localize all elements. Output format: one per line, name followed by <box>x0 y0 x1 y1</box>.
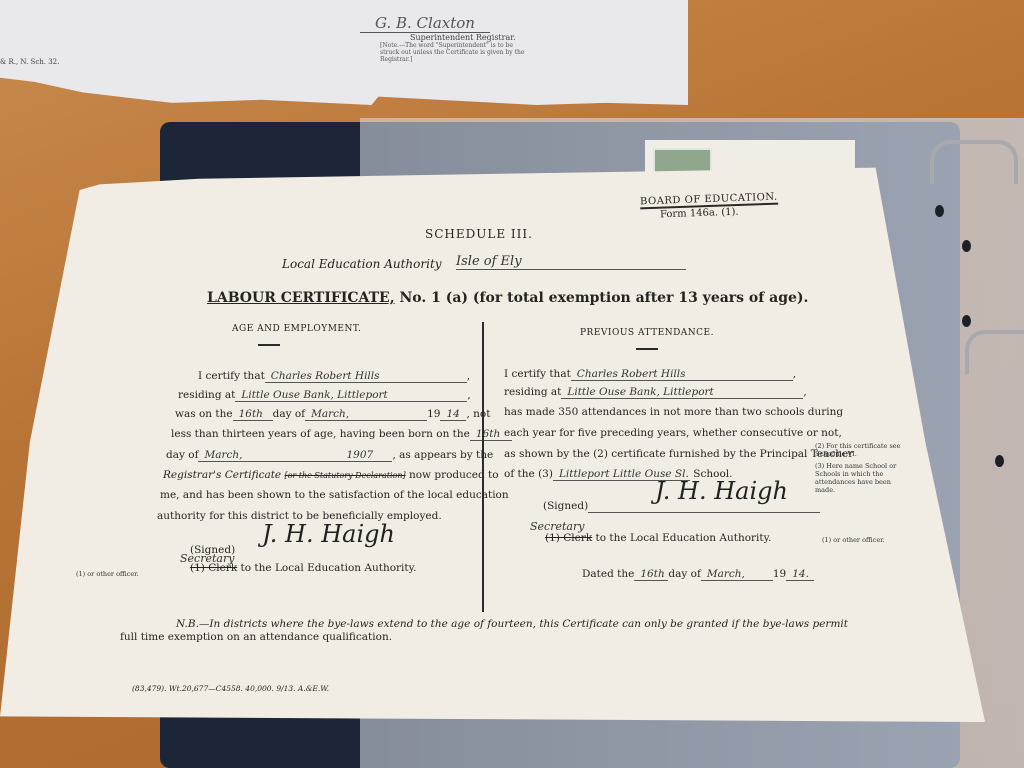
right-attendances-line: has made 350 attendances in not more tha… <box>504 406 843 418</box>
registrar-note: [Note.—The word "Superintendent" is to b… <box>380 42 530 64</box>
postage-stamp <box>653 148 712 174</box>
right-residing-line: residing atLittle Ouse Bank, Littleport, <box>504 386 807 399</box>
nb-line-2: full time exemption on an attendance qua… <box>120 631 392 643</box>
schedule-heading: SCHEDULE III. <box>425 227 533 241</box>
dated-line: Dated the16thday ofMarch,1914. <box>582 568 814 581</box>
age-employment-heading: AGE AND EMPLOYMENT. <box>232 324 361 334</box>
child-address: Little Ouse Bank, Littleport <box>561 386 803 399</box>
left-registrar-line: Registrar's Certificate [or the Statutor… <box>163 469 499 481</box>
left-born-line: day ofMarch,1907, as appears by the <box>166 449 493 462</box>
right-footnote-2: (2) For this certificate see Schedule VI… <box>815 442 905 458</box>
title-rest: No. 1 (a) (for total exemption after 13 … <box>399 290 808 306</box>
nb-line-1: N.B.—In districts where the bye-laws ext… <box>176 618 848 630</box>
left-clerk-line: (1) Clerk to the Local Education Authori… <box>190 562 417 574</box>
heading-dash <box>258 344 280 346</box>
form-number: Form 146a. (1). <box>660 207 739 221</box>
registrar-signature: G. B. Claxton <box>360 14 490 33</box>
punch-hole <box>962 240 971 252</box>
right-teacher-line: as shown by the (2) certificate furnishe… <box>504 448 853 460</box>
child-address: Little Ouse Bank, Littleport <box>235 389 467 402</box>
column-divider <box>482 322 484 612</box>
previous-attendance-heading: PREVIOUS ATTENDANCE. <box>580 328 714 338</box>
right-certify-line: I certify thatCharles Robert Hills, <box>504 368 796 381</box>
lea-label: Local Education Authority <box>282 257 442 271</box>
right-footnote-1: (1) or other officer. <box>822 536 885 544</box>
left-date-line: was on the16thday ofMarch,1914, not <box>175 408 490 421</box>
punch-hole <box>935 205 944 217</box>
print-code: (83,479). Wt.20,677—C4558. 40,000. 9/13.… <box>132 684 329 693</box>
binder-ring <box>965 330 1024 374</box>
registrar-title: Superintendent Registrar. <box>410 33 516 42</box>
left-signature: J. H. Haigh <box>262 520 395 548</box>
right-years-line: each year for five preceding years, whet… <box>504 427 842 439</box>
right-signature: J. H. Haigh <box>655 477 788 505</box>
document-code: & R., N. Sch. 32. <box>0 58 59 66</box>
punch-hole <box>962 315 971 327</box>
child-name: Charles Robert Hills <box>571 368 793 381</box>
lea-value: Isle of Ely <box>456 254 686 270</box>
heading-dash <box>636 348 658 350</box>
background-document: G. B. Claxton Superintendent Registrar. … <box>0 0 688 105</box>
right-footnote-3: (3) Here name School or Schools in which… <box>815 462 905 495</box>
left-age-line: less than thirteen years of age, having … <box>171 428 512 441</box>
left-certify-line: I certify thatCharles Robert Hills, <box>198 370 470 383</box>
left-residing-line: residing atLittle Ouse Bank, Littleport, <box>178 389 471 402</box>
child-name: Charles Robert Hills <box>265 370 467 383</box>
certificate-title: LABOUR CERTIFICATE, No. 1 (a) (for total… <box>207 290 808 306</box>
left-footnote-1: (1) or other officer. <box>76 570 139 578</box>
title-main: LABOUR CERTIFICATE, <box>207 290 395 306</box>
binder-ring <box>930 140 1018 184</box>
right-clerk-line: (1) Clerk to the Local Education Authori… <box>545 532 772 544</box>
left-satisfaction-line: me, and has been shown to the satisfacti… <box>160 489 509 501</box>
labour-certificate: BOARD OF EDUCATION. Form 146a. (1). SCHE… <box>0 162 995 722</box>
punch-hole <box>995 455 1004 467</box>
